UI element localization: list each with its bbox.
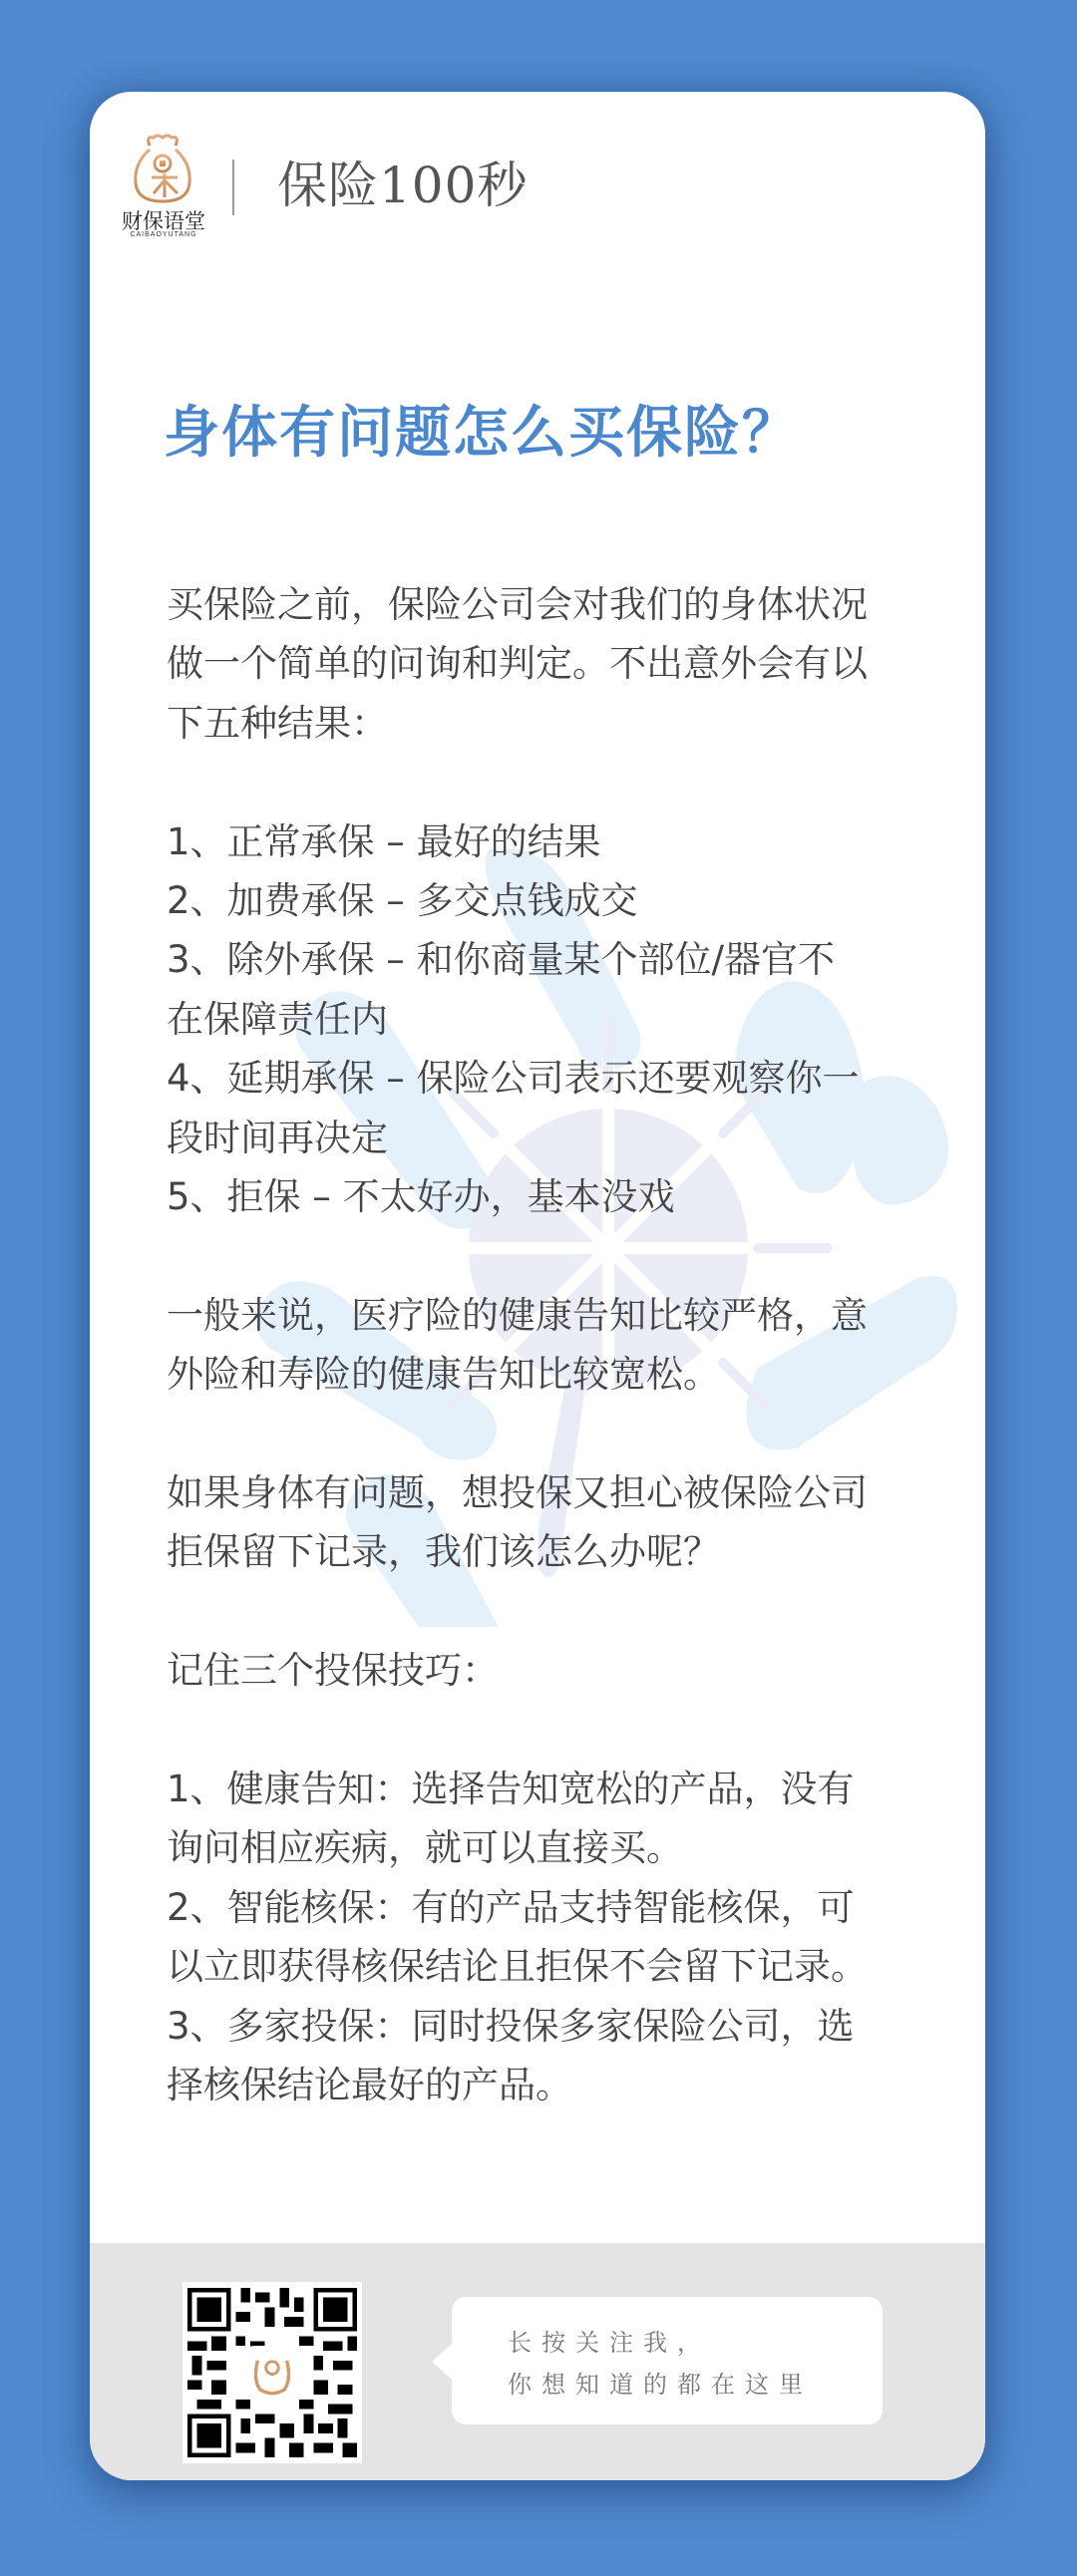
tip-line: 以立即获得核保结论且拒保不会留下记录。 [167, 1937, 924, 1996]
money-bag-icon [128, 134, 197, 205]
tips-label: 记住三个投保技巧： [167, 1641, 924, 1700]
tip-line: 2、智能核保：有的产品支持智能核保，可 [167, 1878, 924, 1937]
question-line: 拒保留下记录，我们该怎么办呢？ [167, 1522, 924, 1581]
follow-prompt-line1: 长按关注我， [508, 2323, 711, 2358]
footer: 长按关注我， 你想知道的都在这里 [90, 2243, 985, 2480]
intro-line: 下五种结果： [167, 694, 924, 753]
result-line: 5、拒保 – 不太好办，基本没戏 [167, 1167, 924, 1226]
column-title: 保险100秒 [277, 156, 528, 215]
tip-line: 3、多家投保：同时投保多家保险公司，选 [167, 1997, 924, 2056]
article-body: 买保险之前，保险公司会对我们的身体状况 做一个简单的问询和判定。不出意外会有以 … [167, 575, 924, 2114]
general-line: 一般来说，医疗险的健康告知比较严格，意 [167, 1286, 924, 1345]
intro-line: 做一个简单的问询和判定。不出意外会有以 [167, 634, 924, 693]
question-line: 如果身体有问题，想投保又担心被保险公司 [167, 1463, 924, 1522]
article-heading: 身体有问题怎么买保险？ [164, 396, 800, 472]
tip-line: 1、健康告知：选择告知宽松的产品，没有 [167, 1760, 924, 1818]
brand-name-en: CAIBAOYUTANG [114, 231, 213, 238]
tip-line: 询问相应疾病，就可以直接买。 [167, 1818, 924, 1877]
result-line: 段时间再决定 [167, 1109, 924, 1167]
header-divider [232, 160, 234, 215]
qr-code-icon[interactable] [182, 2282, 362, 2463]
result-line: 1、正常承保 – 最好的结果 [167, 812, 924, 871]
brand-logo: 财保语堂 CAIBAOYUTANG [114, 134, 213, 243]
header: 财保语堂 CAIBAOYUTANG 保险100秒 [90, 92, 985, 291]
follow-prompt-bubble: 长按关注我， 你想知道的都在这里 [452, 2297, 883, 2424]
article-card: 财保语堂 CAIBAOYUTANG 保险100秒 身体有问题怎么买保险？ [90, 92, 985, 2480]
result-line: 在保障责任内 [167, 990, 924, 1049]
result-line: 4、延期承保 – 保险公司表示还要观察你一 [167, 1049, 924, 1108]
follow-prompt-line2: 你想知道的都在这里 [508, 2365, 813, 2400]
result-line: 3、除外承保 – 和你商量某个部位/器官不 [167, 930, 924, 989]
intro-line: 买保险之前，保险公司会对我们的身体状况 [167, 575, 924, 634]
general-line: 外险和寿险的健康告知比较宽松。 [167, 1345, 924, 1404]
result-line: 2、加费承保 – 多交点钱成交 [167, 871, 924, 930]
tip-line: 择核保结论最好的产品。 [167, 2056, 924, 2114]
